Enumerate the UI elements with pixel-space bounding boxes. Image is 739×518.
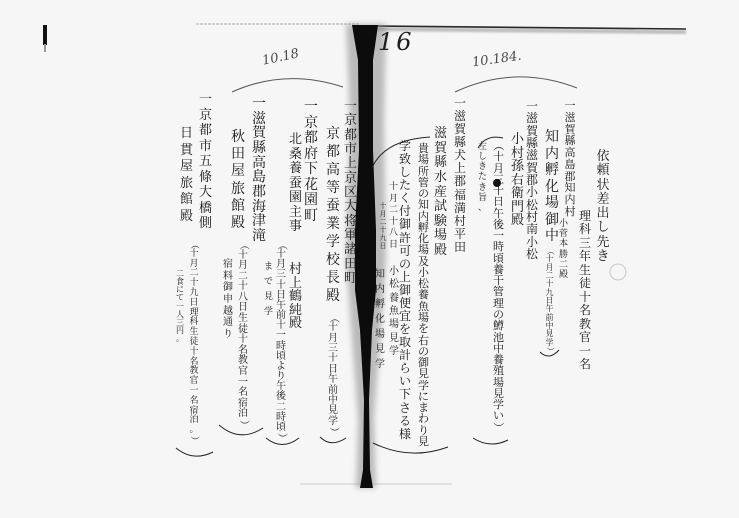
glyph: 小 bbox=[389, 267, 399, 277]
glyph: 付 bbox=[399, 205, 411, 217]
glyph: 頃 bbox=[493, 253, 504, 264]
glyph: 縣 bbox=[252, 141, 266, 155]
glyph: 犬 bbox=[454, 149, 466, 161]
glyph: 松 bbox=[526, 248, 538, 260]
glyph: 月 bbox=[189, 260, 198, 269]
glyph: 申 bbox=[223, 295, 233, 305]
glyph: 理 bbox=[579, 210, 591, 222]
glyph: 生 bbox=[579, 264, 591, 276]
glyph: 日 bbox=[180, 127, 193, 140]
glyph: 旅 bbox=[231, 182, 245, 196]
glyph: 孫 bbox=[511, 160, 524, 173]
glyph: 三 bbox=[579, 237, 591, 249]
glyph: 見 bbox=[418, 436, 429, 447]
glyph: 一 bbox=[199, 93, 212, 106]
glyph: 頃 bbox=[276, 423, 286, 433]
glyph: 町 bbox=[344, 272, 357, 285]
glyph: 桑 bbox=[289, 148, 302, 161]
glyph: 市 bbox=[344, 143, 357, 156]
glyph: 高 bbox=[326, 163, 340, 177]
scanned-document: 16 10.18 10.184. 一京都市上京区大将軍諸田町 京都高等蚕業学校長… bbox=[0, 0, 739, 518]
glyph: 橋 bbox=[199, 202, 212, 215]
glyph: 致 bbox=[399, 153, 411, 165]
glyph: 験 bbox=[434, 215, 447, 228]
glyph: 屋 bbox=[180, 160, 193, 173]
glyph: 殿 bbox=[289, 317, 302, 330]
entry-note-extra: まで見学 bbox=[262, 263, 275, 317]
glyph: 花 bbox=[304, 178, 318, 192]
glyph: 都 bbox=[199, 124, 212, 137]
glyph: 南 bbox=[526, 223, 538, 235]
glyph: 鱒 bbox=[493, 320, 504, 331]
glyph: 衛 bbox=[511, 187, 524, 200]
glyph: 一 bbox=[454, 97, 466, 109]
glyph: き bbox=[596, 250, 609, 263]
glyph: り bbox=[418, 425, 429, 436]
glyph: 等 bbox=[326, 181, 340, 195]
glyph: 郡 bbox=[526, 174, 538, 186]
glyph: 月 bbox=[380, 211, 387, 218]
glyph: 田 bbox=[454, 241, 466, 253]
glyph: 貫 bbox=[180, 144, 193, 157]
glyph: 。 bbox=[176, 335, 184, 343]
glyph: 十 bbox=[189, 279, 198, 288]
glyph: 二 bbox=[380, 219, 387, 226]
glyph: 孵 bbox=[545, 163, 559, 177]
glyph: 大 bbox=[199, 186, 212, 199]
glyph: 化 bbox=[545, 180, 559, 194]
glyph: 村 bbox=[289, 263, 302, 276]
glyph: 学 bbox=[546, 339, 554, 347]
glyph: 門 bbox=[511, 201, 524, 214]
glyph: 知 bbox=[418, 199, 429, 210]
glyph: 郡 bbox=[454, 175, 466, 187]
glyph: 條 bbox=[199, 171, 212, 184]
glyph: 名 bbox=[579, 358, 591, 370]
glyph: 、 bbox=[478, 204, 487, 213]
glyph: 町 bbox=[304, 209, 318, 223]
glyph: 一 bbox=[189, 387, 198, 396]
entry-note: （十月三十日午前十一時頃より午後二時頃） bbox=[274, 240, 288, 443]
glyph: 十 bbox=[189, 348, 198, 357]
glyph: 諸 bbox=[344, 243, 357, 256]
schedule-date: 十月二十九日 bbox=[377, 203, 389, 250]
glyph: 学 bbox=[418, 380, 429, 391]
glyph: 小 bbox=[511, 133, 524, 146]
glyph: 屋 bbox=[231, 164, 245, 178]
glyph: 二 bbox=[559, 261, 568, 270]
entry-note-extra: 左しきたき旨、 bbox=[476, 143, 489, 213]
glyph: た bbox=[399, 179, 411, 191]
glyph: 事 bbox=[289, 220, 302, 233]
entry-note: （十月二十九日理科生徒十名教官一名宿泊。） bbox=[187, 240, 201, 445]
glyph: 一 bbox=[344, 100, 357, 113]
entry-address: 一京都市五條大橋側 bbox=[197, 93, 214, 230]
glyph: 日 bbox=[493, 196, 504, 207]
glyph: く bbox=[399, 192, 411, 204]
edge-mark bbox=[43, 25, 47, 45]
glyph: 試 bbox=[434, 200, 447, 213]
glyph: 滋 bbox=[454, 110, 466, 122]
glyph: 月 bbox=[493, 163, 504, 174]
bracket-arc bbox=[373, 443, 448, 453]
glyph: 八 bbox=[389, 229, 398, 238]
page-markings bbox=[0, 0, 739, 518]
glyph: 郡 bbox=[252, 185, 266, 199]
glyph: 旅 bbox=[180, 177, 193, 190]
glyph: り bbox=[223, 330, 233, 340]
glyph: 一 bbox=[252, 97, 266, 111]
glyph: 滋 bbox=[252, 112, 266, 126]
glyph: 殖 bbox=[493, 365, 504, 376]
glyph: 鶴 bbox=[289, 290, 302, 303]
glyph: 月 bbox=[389, 195, 398, 204]
entry-address: 一滋賀縣犬上郡福満村平田 bbox=[452, 97, 468, 253]
glyph: 後 bbox=[276, 392, 286, 402]
glyph: 学 bbox=[326, 235, 340, 249]
glyph: 殿 bbox=[180, 210, 193, 223]
glyph: 教 bbox=[579, 318, 591, 330]
glyph: 差 bbox=[596, 193, 609, 206]
glyph: 十 bbox=[238, 335, 248, 345]
glyph: 名 bbox=[189, 397, 198, 406]
left-header-arc bbox=[232, 79, 343, 92]
glyph: 教 bbox=[189, 367, 198, 376]
glyph: （ bbox=[276, 240, 286, 250]
glyph: し bbox=[399, 166, 411, 178]
glyph: 高 bbox=[565, 147, 576, 158]
glyph: 秋 bbox=[231, 130, 245, 144]
glyph: 知 bbox=[375, 270, 385, 280]
glyph: 軍 bbox=[344, 229, 357, 242]
glyph: 北 bbox=[289, 133, 302, 146]
entry-recipient: 北桑養蚕園主事 bbox=[287, 133, 304, 233]
glyph: 教 bbox=[238, 356, 248, 366]
entry-note: （十月三十日午前中見学） bbox=[326, 313, 340, 437]
glyph: 賀 bbox=[565, 124, 576, 135]
glyph: 場 bbox=[375, 330, 385, 340]
glyph: ま bbox=[264, 263, 273, 272]
glyph: 官 bbox=[238, 367, 248, 377]
glyph: 松 bbox=[526, 199, 538, 211]
glyph: 二 bbox=[389, 206, 398, 215]
glyph: 月 bbox=[238, 261, 248, 271]
glyph: ら bbox=[399, 362, 411, 374]
glyph: さ bbox=[399, 402, 411, 414]
entry-note: （十月二十八日生徒十名教官一名宿泊） bbox=[236, 240, 250, 430]
glyph: 見 bbox=[328, 406, 338, 416]
glyph: 殿 bbox=[326, 289, 340, 303]
glyph: 越 bbox=[223, 307, 233, 317]
glyph: 京 bbox=[344, 172, 357, 185]
glyph: ） bbox=[493, 422, 504, 433]
glyph: 一 bbox=[304, 100, 318, 114]
glyph: い bbox=[493, 410, 504, 421]
glyph: 生 bbox=[189, 328, 198, 337]
glyph: 学 bbox=[375, 360, 385, 370]
entry-recipient: 秋田屋旅館殿 bbox=[229, 130, 247, 230]
glyph: 勝 bbox=[559, 251, 568, 260]
glyph: 内 bbox=[418, 211, 429, 222]
glyph: 午 bbox=[493, 208, 504, 219]
glyph: 平 bbox=[454, 228, 466, 240]
glyph: 都 bbox=[304, 131, 318, 145]
glyph: 村 bbox=[511, 147, 524, 160]
glyph: 縣 bbox=[526, 137, 538, 149]
glyph: 蚕 bbox=[326, 199, 340, 213]
glyph: 賀 bbox=[454, 123, 466, 135]
glyph: 場 bbox=[493, 377, 504, 388]
glyph: （ bbox=[493, 140, 504, 151]
glyph: ） bbox=[328, 427, 338, 437]
glyph: 上 bbox=[289, 277, 302, 290]
glyph: き bbox=[478, 184, 487, 193]
glyph: 見 bbox=[375, 345, 385, 355]
glyph: 御 bbox=[399, 218, 411, 230]
schedule-item: 知内孵化場見学 bbox=[373, 270, 387, 370]
glyph: 養 bbox=[418, 289, 429, 300]
glyph: 十 bbox=[493, 151, 504, 162]
glyph: 滋 bbox=[434, 127, 447, 140]
glyph: 宿 bbox=[223, 260, 233, 270]
glyph: 賀 bbox=[526, 125, 538, 137]
glyph: 滋 bbox=[526, 112, 538, 124]
glyph: 泊 bbox=[189, 416, 198, 425]
glyph: 学 bbox=[389, 347, 399, 357]
glyph: 高 bbox=[252, 156, 266, 170]
glyph: 学 bbox=[399, 140, 411, 152]
glyph: 日 bbox=[189, 299, 198, 308]
glyph: 場 bbox=[418, 244, 429, 255]
glyph: 日 bbox=[238, 303, 248, 313]
glyph: 村 bbox=[565, 206, 576, 217]
glyph: 場 bbox=[545, 196, 559, 210]
glyph: わ bbox=[418, 413, 429, 424]
glyph: 徒 bbox=[189, 338, 198, 347]
glyph: 五 bbox=[199, 155, 212, 168]
glyph: 日 bbox=[389, 241, 398, 250]
glyph: 内 bbox=[375, 285, 385, 295]
document-subtitle: 理科三年生徒十名教官一名 bbox=[577, 210, 593, 370]
glyph: 府 bbox=[304, 147, 318, 161]
glyph: 市 bbox=[199, 140, 212, 153]
glyph: 菅 bbox=[559, 230, 568, 239]
glyph: 名 bbox=[579, 304, 591, 316]
glyph: 業 bbox=[326, 217, 340, 231]
glyph: 内 bbox=[565, 194, 576, 205]
glyph: 生 bbox=[238, 314, 248, 324]
bracket-arc bbox=[176, 448, 213, 456]
glyph: 京 bbox=[199, 109, 212, 122]
entry-address: 一滋賀縣高島郡海津滝 bbox=[250, 97, 268, 243]
glyph: 上 bbox=[454, 162, 466, 174]
glyph: 依 bbox=[596, 150, 609, 163]
glyph: 福 bbox=[454, 189, 466, 201]
glyph: 孵 bbox=[375, 300, 385, 310]
glyph: 十 bbox=[380, 203, 387, 210]
glyph: 縣 bbox=[565, 135, 576, 146]
glyph: 一 bbox=[565, 100, 576, 111]
glyph: 十 bbox=[389, 218, 398, 227]
glyph: 日 bbox=[380, 243, 387, 250]
glyph: 一 bbox=[526, 100, 538, 112]
entry-note-extra: 二食にて一人三円。 bbox=[174, 270, 186, 343]
glyph: 蚕 bbox=[289, 177, 302, 190]
glyph: 都 bbox=[344, 129, 357, 142]
glyph: 官 bbox=[189, 377, 198, 386]
faint-circle-mark bbox=[610, 264, 626, 280]
glyph: 京 bbox=[344, 114, 357, 127]
glyph: 十 bbox=[189, 250, 198, 259]
bracket-arc bbox=[473, 438, 508, 444]
glyph: 島 bbox=[252, 170, 266, 184]
glyph: 二 bbox=[276, 403, 286, 413]
glyph: 旨 bbox=[478, 194, 487, 203]
glyph: た bbox=[478, 173, 487, 182]
glyph: し bbox=[478, 153, 487, 162]
glyph: 見 bbox=[389, 334, 399, 344]
glyph: （ bbox=[546, 247, 554, 255]
glyph: 滝 bbox=[252, 229, 266, 243]
glyph: 園 bbox=[304, 193, 318, 207]
glyph: 小 bbox=[526, 186, 538, 198]
glyph: 十 bbox=[389, 183, 398, 192]
glyph: （ bbox=[238, 240, 248, 250]
glyph: 長 bbox=[326, 271, 340, 285]
glyph: 管 bbox=[493, 286, 504, 297]
glyph: 海 bbox=[252, 200, 266, 214]
glyph: 料 bbox=[223, 272, 233, 282]
page-number: 16 bbox=[378, 28, 415, 56]
entry-note: （十月三十日午後一時頃養干管理の鱒池中養殖場見学い） bbox=[491, 140, 506, 433]
glyph: ） bbox=[546, 347, 554, 355]
glyph: 本 bbox=[559, 240, 568, 249]
glyph: 滋 bbox=[526, 149, 538, 161]
glyph: 側 bbox=[199, 217, 212, 230]
glyph: 館 bbox=[180, 193, 193, 206]
glyph: 殿 bbox=[231, 216, 245, 230]
glyph: ） bbox=[276, 433, 286, 443]
entry-address: 一京都市上京区大将軍諸田町 bbox=[342, 100, 359, 285]
glyph: 上 bbox=[344, 157, 357, 170]
glyph: 右 bbox=[418, 335, 429, 346]
glyph: 泊 bbox=[238, 409, 248, 419]
glyph: 許 bbox=[399, 232, 411, 244]
glyph: 内 bbox=[545, 147, 559, 161]
entry-recipient: 日貫屋旅館殿 bbox=[178, 127, 195, 223]
glyph: い bbox=[399, 375, 411, 387]
glyph: 養 bbox=[289, 162, 302, 175]
glyph: （ bbox=[189, 240, 198, 249]
glyph: 京 bbox=[304, 116, 318, 130]
glyph: 学 bbox=[264, 308, 273, 317]
glyph: 一 bbox=[579, 345, 591, 357]
glyph: 縣 bbox=[434, 156, 447, 169]
glyph: 官 bbox=[579, 331, 591, 343]
glyph: 下 bbox=[304, 162, 318, 176]
glyph: 可 bbox=[399, 245, 411, 257]
glyph: 知 bbox=[545, 130, 559, 144]
glyph: 養 bbox=[389, 294, 399, 304]
entry-note: （十月二十九日午前中見学） bbox=[543, 247, 556, 355]
glyph: 賀 bbox=[252, 126, 266, 140]
glyph: 化 bbox=[375, 315, 385, 325]
glyph: 一 bbox=[276, 331, 286, 341]
glyph: 校 bbox=[326, 253, 340, 267]
glyph: 場 bbox=[434, 229, 447, 242]
glyph: 十 bbox=[238, 282, 248, 292]
glyph: 縣 bbox=[454, 136, 466, 148]
glyph: 見 bbox=[264, 293, 273, 302]
glyph: 主 bbox=[289, 206, 302, 219]
glyph: 十 bbox=[328, 354, 338, 364]
glyph: 滋 bbox=[565, 112, 576, 123]
bracket-arc bbox=[320, 437, 346, 443]
glyph: ） bbox=[238, 420, 248, 430]
right-header-arc bbox=[455, 77, 577, 92]
glyph: 園 bbox=[289, 191, 302, 204]
entry-recipient: 京都高等蚕業学校長殿 bbox=[324, 127, 342, 303]
glyph: 出 bbox=[596, 207, 609, 220]
entry-recipient-name: 村上鶴純殿 bbox=[287, 263, 304, 330]
glyph: 区 bbox=[344, 186, 357, 199]
glyph: 殿 bbox=[559, 271, 568, 280]
glyph: 殿 bbox=[511, 214, 524, 227]
glyph: 時 bbox=[493, 241, 504, 252]
glyph: 村 bbox=[454, 215, 466, 227]
glyph: 様 bbox=[399, 428, 411, 440]
glyph: 及 bbox=[418, 256, 429, 267]
glyph: 賀 bbox=[526, 162, 538, 174]
glyph: 九 bbox=[380, 235, 387, 242]
glyph: 都 bbox=[326, 145, 340, 159]
schedule-item: 小松養魚場見学 bbox=[387, 267, 401, 357]
glyph: し bbox=[596, 221, 609, 234]
glyph: る bbox=[399, 415, 411, 427]
entry-body-line: 貴場所管の知内孵化場及小松養魚場を右の御見学にまわり見 bbox=[416, 143, 431, 447]
glyph: 大 bbox=[344, 200, 357, 213]
glyph: 知 bbox=[565, 182, 576, 193]
glyph: 状 bbox=[596, 179, 609, 192]
glyph: 郡 bbox=[565, 171, 576, 182]
glyph: を bbox=[418, 323, 429, 334]
glyph: 津 bbox=[252, 214, 266, 228]
glyph: 所 bbox=[418, 166, 429, 177]
entry-note-extra: 宿料御申越通り bbox=[221, 260, 235, 340]
glyph: 見 bbox=[418, 368, 429, 379]
glyph: 水 bbox=[434, 171, 447, 184]
entry-recipient: 小村孫右衛門殿 bbox=[509, 133, 526, 227]
glyph: 島 bbox=[565, 159, 576, 170]
glyph: 殿 bbox=[434, 244, 447, 257]
glyph: 場 bbox=[418, 154, 429, 165]
glyph: 十 bbox=[380, 227, 387, 234]
glyph: 三 bbox=[276, 270, 286, 280]
glyph: き bbox=[478, 163, 487, 172]
entry-recipient-name: 小菅本勝二殿 bbox=[557, 220, 570, 280]
glyph: 御 bbox=[223, 283, 233, 293]
glyph: で bbox=[264, 278, 273, 287]
entry-address: 一滋賀縣高島郡知内村 bbox=[562, 100, 578, 217]
glyph: 十 bbox=[328, 323, 338, 333]
glyph: 先 bbox=[596, 236, 609, 249]
glyph: 頼 bbox=[596, 164, 609, 177]
glyph: 小 bbox=[526, 236, 538, 248]
glyph: 右 bbox=[511, 174, 524, 187]
glyph: 徒 bbox=[579, 277, 591, 289]
glyph: 午 bbox=[328, 375, 338, 385]
glyph: 満 bbox=[454, 202, 466, 214]
